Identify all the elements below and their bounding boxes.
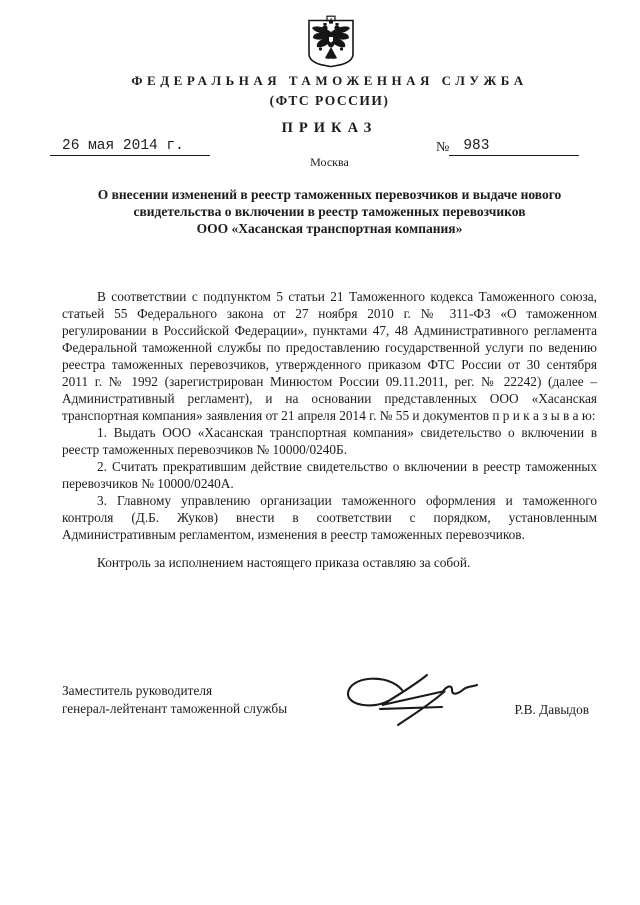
order-item-1: 1. Выдать ООО «Хасанская транспортная ко…	[62, 424, 597, 458]
signature-block: Заместитель руководителя генерал-лейтена…	[62, 682, 597, 718]
org-short-name: (ФТС РОССИИ)	[62, 93, 597, 109]
order-number-field: №983	[436, 138, 579, 156]
order-number: 983	[449, 138, 579, 156]
city-label: Москва	[62, 155, 597, 170]
order-title: О внесении изменений в реестр таможенных…	[62, 186, 597, 237]
document-page: ФЕДЕРАЛЬНАЯ ТАМОЖЕННАЯ СЛУЖБА (ФТС РОССИ…	[0, 0, 640, 905]
order-title-line: ООО «Хасанская транспортная компания»	[62, 220, 597, 237]
order-body: В соответствии с подпунктом 5 статьи 21 …	[62, 288, 597, 571]
russia-coat-of-arms-icon	[305, 15, 357, 69]
order-date: 26 мая 2014 г.	[50, 138, 210, 156]
handwritten-signature-icon	[330, 668, 480, 732]
document-type-heading: ПРИКАЗ	[62, 120, 597, 137]
org-name: ФЕДЕРАЛЬНАЯ ТАМОЖЕННАЯ СЛУЖБА	[62, 73, 597, 89]
signer-name: Р.В. Давыдов	[515, 702, 589, 718]
preamble-paragraph: В соответствии с подпунктом 5 статьи 21 …	[62, 288, 597, 424]
control-clause: Контроль за исполнением настоящего прика…	[62, 554, 597, 571]
order-item-3: 3. Главному управлению организации тамож…	[62, 492, 597, 543]
order-title-line: О внесении изменений в реестр таможенных…	[62, 186, 597, 203]
number-sign: №	[436, 140, 449, 155]
order-title-line: свидетельства о включении в реестр тамож…	[62, 203, 597, 220]
order-item-2: 2. Считать прекратившим действие свидете…	[62, 458, 597, 492]
